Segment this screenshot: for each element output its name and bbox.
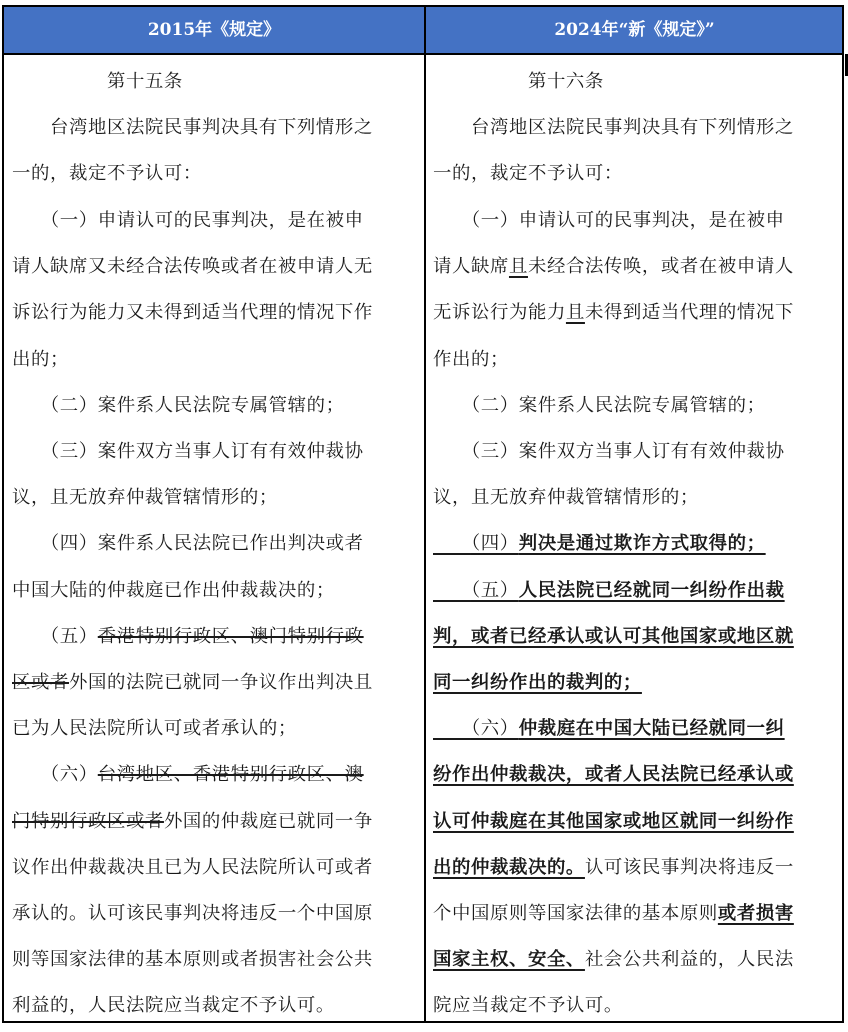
- text-segment: 个中国原则等国家法律的基本原则: [433, 903, 718, 924]
- text-segment: （六）: [12, 764, 98, 785]
- text-line: 议作出仲裁裁决且已为人民法院所认可或者: [12, 853, 373, 883]
- text-segment: 议，且无放弃仲裁管辖情形的；: [433, 487, 699, 508]
- text-segment: 已为人民法院所认可或者承认的；: [12, 718, 297, 739]
- text-line: 出的；: [12, 345, 69, 375]
- text-segment: 台湾地区法院民事判决具有下列情形之: [12, 117, 373, 138]
- text-segment: 无诉讼行为能力: [433, 302, 566, 323]
- text-segment: 诉讼行为能力又未得到适当代理的情况下作: [12, 302, 373, 323]
- deleted-text: 香港特别行政区、澳门特别行政: [98, 626, 364, 647]
- text-segment: 出的；: [12, 349, 69, 370]
- text-segment: 利益的，人民法院应当裁定不予认可。: [12, 995, 335, 1016]
- text-segment: 则等国家法律的基本原则或者损害社会公共: [12, 949, 373, 970]
- text-line: （六）仲裁庭在中国大陆已经就同一纠: [433, 714, 785, 744]
- text-segment: 认可该民事判决将违反一: [585, 857, 794, 878]
- text-segment: 未经合法传唤，或者在被申请人: [528, 256, 794, 277]
- column-divider: [424, 7, 426, 1021]
- added-text: 人民法院已经就同一纠纷作出裁: [519, 580, 785, 601]
- text-segment: 一的，裁定不予认可：: [12, 163, 202, 184]
- text-segment: 院应当裁定不予认可。: [433, 995, 623, 1016]
- text-line: 无诉讼行为能力且未得到适当代理的情况下: [433, 298, 794, 328]
- text-segment: 请人缺席: [433, 256, 509, 277]
- added-text: [433, 580, 471, 601]
- text-line: （五）人民法院已经就同一纠纷作出裁: [433, 576, 785, 606]
- added-text: （六）: [471, 718, 519, 739]
- text-segment: 中国大陆的仲裁庭已作出仲裁裁决的；: [12, 580, 335, 601]
- text-line: （二）案件系人民法院专属管辖的；: [433, 391, 766, 421]
- text-segment: 承认的。认可该民事判决将违反一个中国原: [12, 903, 373, 924]
- text-line: 承认的。认可该民事判决将违反一个中国原: [12, 899, 373, 929]
- text-segment: 请人缺席又未经合法传唤或者在被申请人无: [12, 256, 373, 277]
- added-text: 认可仲裁庭在其他国家或地区就同一纠纷作: [433, 811, 794, 832]
- article-number: 第十六条: [433, 67, 604, 97]
- text-segment: （四）案件系人民法院已作出判决或者: [12, 533, 364, 554]
- text-line: 台湾地区法院民事判决具有下列情形之: [433, 113, 794, 143]
- text-segment: （三）案件双方当事人订有有效仲裁协: [433, 441, 785, 462]
- deleted-text: 门特别行政区或者: [12, 811, 164, 832]
- added-text: （五）: [471, 580, 519, 601]
- text-line: 国家主权、安全、社会公共利益的，人民法: [433, 945, 794, 975]
- text-line: （三）案件双方当事人订有有效仲裁协: [12, 437, 364, 467]
- added-text: 或者损害: [718, 903, 794, 924]
- text-line: 已为人民法院所认可或者承认的；: [12, 714, 297, 744]
- text-segment: （五）: [12, 626, 98, 647]
- text-line: 诉讼行为能力又未得到适当代理的情况下作: [12, 298, 373, 328]
- text-line: （六）台湾地区、香港特别行政区、澳: [12, 760, 364, 790]
- text-segment: 未得到适当代理的情况下: [585, 302, 794, 323]
- header-2015-rules: 2015年《规定》: [4, 7, 424, 53]
- text-segment: 议，且无放弃仲裁管辖情形的；: [12, 487, 278, 508]
- text-line: 作出的；: [433, 345, 509, 375]
- text-segment: （二）案件系人民法院专属管辖的；: [12, 395, 345, 416]
- added-text: 出的仲裁裁决的。: [433, 857, 585, 878]
- text-line: 请人缺席又未经合法传唤或者在被申请人无: [12, 252, 373, 282]
- comparison-table: 2015年《规定》 2024年“新《规定》” 第十五条 台湾地区法院民事判决具有…: [2, 5, 844, 1023]
- added-text: （四）: [471, 533, 519, 554]
- text-line: 请人缺席且未经合法传唤，或者在被申请人: [433, 252, 794, 282]
- text-line: 中国大陆的仲裁庭已作出仲裁裁决的；: [12, 576, 335, 606]
- text-segment: 社会公共利益的，人民法: [585, 949, 794, 970]
- text-line: 一的，裁定不予认可：: [12, 159, 202, 189]
- article-number: 第十五条: [12, 67, 183, 97]
- text-segment: （二）案件系人民法院专属管辖的；: [433, 395, 766, 416]
- added-text: 国家主权、安全、: [433, 949, 585, 970]
- added-text: 同一纠纷作出的裁判的；: [433, 672, 642, 693]
- text-line: 认可仲裁庭在其他国家或地区就同一纠纷作: [433, 807, 794, 837]
- text-line: （二）案件系人民法院专属管辖的；: [12, 391, 345, 421]
- deleted-text: 区或者: [12, 672, 69, 693]
- text-line: 同一纠纷作出的裁判的；: [433, 668, 642, 698]
- text-line: （一）申请认可的民事判决，是在被申: [12, 206, 364, 236]
- table-header-row: 2015年《规定》 2024年“新《规定》”: [4, 7, 842, 55]
- text-line: 门特别行政区或者外国的仲裁庭已就同一争: [12, 807, 373, 837]
- text-line: 议，且无放弃仲裁管辖情形的；: [12, 483, 278, 513]
- text-segment: 外国的仲裁庭已就同一争: [164, 811, 373, 832]
- text-line: 判，或者已经承认或认可其他国家或地区就: [433, 622, 794, 652]
- text-segment: 第十六条: [433, 71, 604, 92]
- added-text: [433, 718, 471, 739]
- header-2024-new-rules: 2024年“新《规定》”: [425, 7, 844, 53]
- text-segment: （一）申请认可的民事判决，是在被申: [12, 210, 364, 231]
- added-text: [433, 533, 471, 554]
- text-line: 个中国原则等国家法律的基本原则或者损害: [433, 899, 794, 929]
- added-text: 且: [566, 302, 585, 323]
- text-line: 一的，裁定不予认可：: [433, 159, 623, 189]
- text-segment: 第十五条: [12, 71, 183, 92]
- text-segment: 外国的法院已就同一争议作出判决且: [69, 672, 373, 693]
- text-line: 台湾地区法院民事判决具有下列情形之: [12, 113, 373, 143]
- text-line: 院应当裁定不予认可。: [433, 991, 623, 1021]
- text-line: 区或者外国的法院已就同一争议作出判决且: [12, 668, 373, 698]
- text-line: （三）案件双方当事人订有有效仲裁协: [433, 437, 785, 467]
- added-text: 纷作出仲裁裁决，或者人民法院已经承认或: [433, 764, 794, 785]
- added-text: 判决是通过欺诈方式取得的；: [519, 533, 766, 554]
- text-segment: 议作出仲裁裁决且已为人民法院所认可或者: [12, 857, 373, 878]
- added-text: 判，或者已经承认或认可其他国家或地区就: [433, 626, 794, 647]
- added-text: 且: [509, 256, 528, 277]
- added-text: 仲裁庭在中国大陆已经就同一纠: [519, 718, 785, 739]
- text-segment: （一）申请认可的民事判决，是在被申: [433, 210, 785, 231]
- text-line: 出的仲裁裁决的。认可该民事判决将违反一: [433, 853, 794, 883]
- text-line: （一）申请认可的民事判决，是在被申: [433, 206, 785, 236]
- text-segment: 台湾地区法院民事判决具有下列情形之: [433, 117, 794, 138]
- text-segment: （三）案件双方当事人订有有效仲裁协: [12, 441, 364, 462]
- deleted-text: 台湾地区、香港特别行政区、澳: [98, 764, 364, 785]
- text-line: 则等国家法律的基本原则或者损害社会公共: [12, 945, 373, 975]
- text-line: （五）香港特别行政区、澳门特别行政: [12, 622, 364, 652]
- text-line: 议，且无放弃仲裁管辖情形的；: [433, 483, 699, 513]
- text-line: 利益的，人民法院应当裁定不予认可。: [12, 991, 335, 1021]
- text-segment: 一的，裁定不予认可：: [433, 163, 623, 184]
- text-line: （四）案件系人民法院已作出判决或者: [12, 529, 364, 559]
- text-segment: 作出的；: [433, 349, 509, 370]
- text-line: 纷作出仲裁裁决，或者人民法院已经承认或: [433, 760, 794, 790]
- text-line: （四）判决是通过欺诈方式取得的；: [433, 529, 766, 559]
